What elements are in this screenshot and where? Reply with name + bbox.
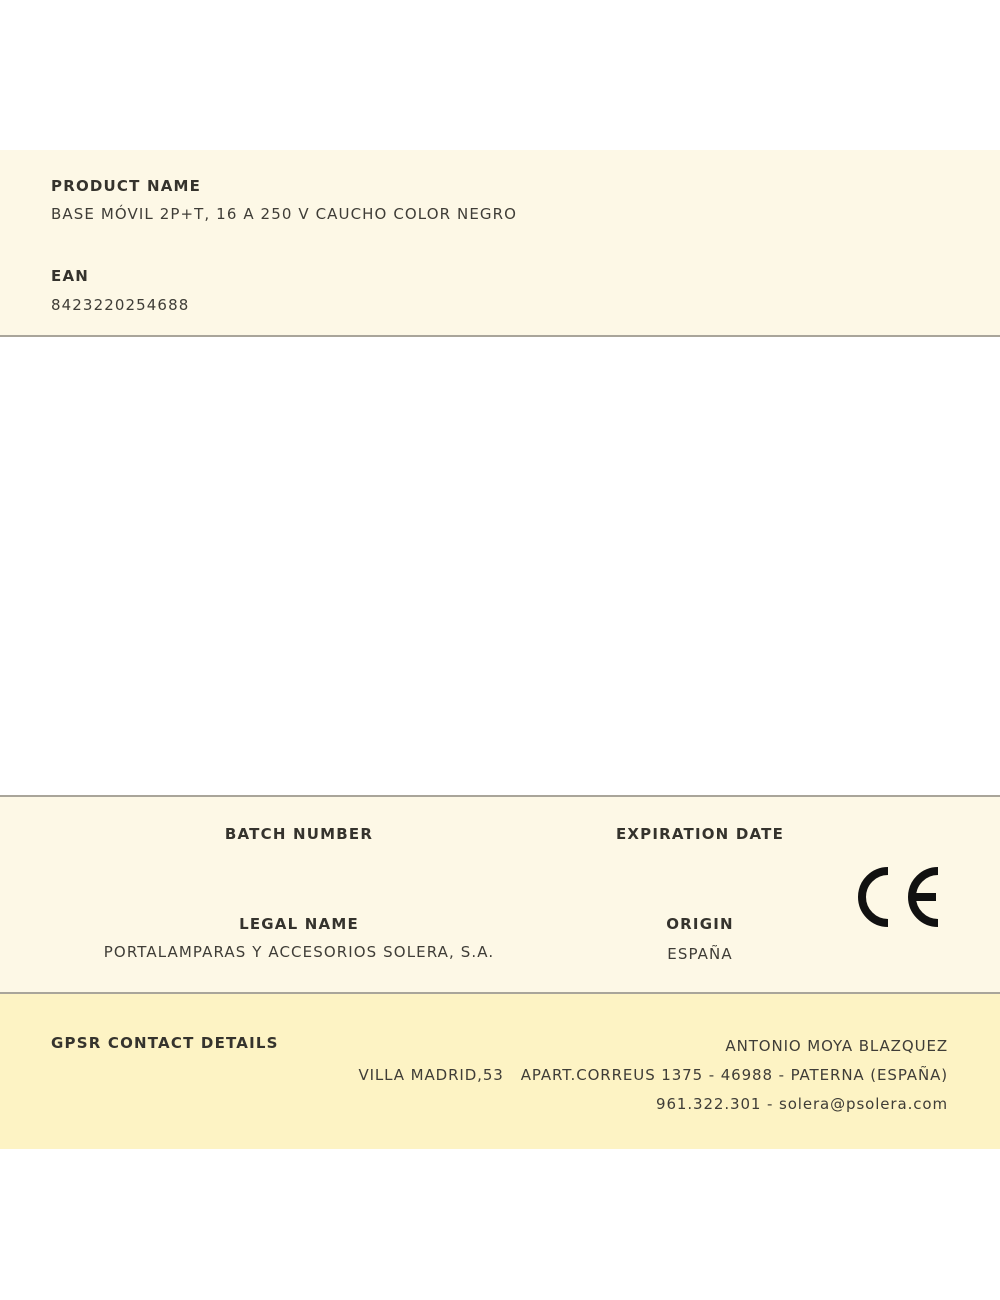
gpsr-contact-section: GPSR CONTACT DETAILS ANTONIO MOYA BLAZQU… bbox=[0, 994, 1000, 1149]
origin-value: ESPAÑA bbox=[600, 945, 800, 963]
product-name-label: PRODUCT NAME bbox=[51, 177, 201, 195]
ean-value: 8423220254688 bbox=[51, 296, 189, 314]
contact-address: VILLA MADRID,53 APART.CORREUS 1375 - 469… bbox=[358, 1061, 948, 1090]
contact-details: ANTONIO MOYA BLAZQUEZ VILLA MADRID,53 AP… bbox=[358, 1032, 948, 1119]
gpsr-contact-label: GPSR CONTACT DETAILS bbox=[51, 1034, 279, 1052]
contact-name: ANTONIO MOYA BLAZQUEZ bbox=[358, 1032, 948, 1061]
product-info-section: PRODUCT NAME BASE MÓVIL 2P+T, 16 A 250 V… bbox=[0, 150, 1000, 337]
expiration-date-label: EXPIRATION DATE bbox=[600, 825, 800, 843]
legal-name-label: LEGAL NAME bbox=[99, 915, 499, 933]
product-meta-section: BATCH NUMBER EXPIRATION DATE LEGAL NAME … bbox=[0, 795, 1000, 994]
ce-mark-icon bbox=[858, 867, 942, 927]
ean-label: EAN bbox=[51, 267, 89, 285]
contact-phone-email: 961.322.301 - solera@psolera.com bbox=[358, 1090, 948, 1119]
origin-label: ORIGIN bbox=[600, 915, 800, 933]
product-name-value: BASE MÓVIL 2P+T, 16 A 250 V CAUCHO COLOR… bbox=[51, 205, 517, 223]
batch-number-label: BATCH NUMBER bbox=[99, 825, 499, 843]
legal-name-value: PORTALAMPARAS Y ACCESORIOS SOLERA, S.A. bbox=[99, 943, 499, 961]
